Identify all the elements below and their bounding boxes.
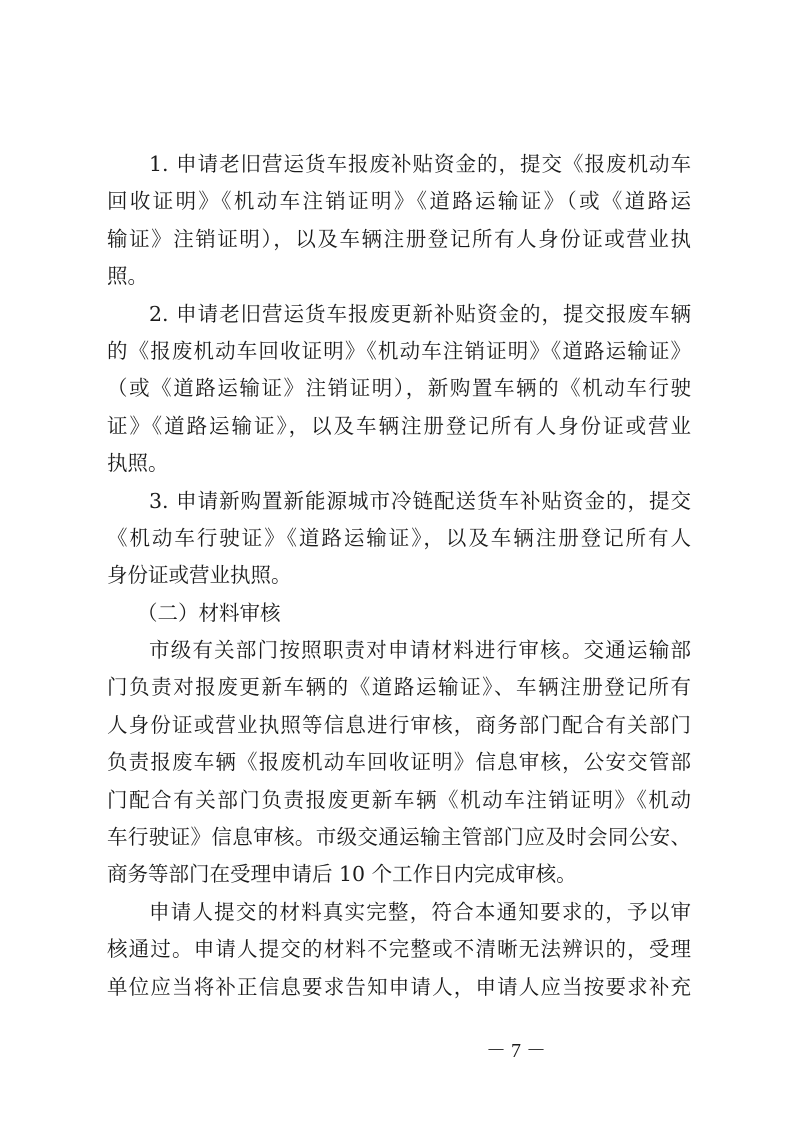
text-line: 商务等部门在受理申请后 10 个工作日内完成审核。 xyxy=(107,856,691,893)
text-line: 门负责对报废更新车辆的《道路运输证》、车辆注册登记所有 xyxy=(107,669,691,706)
text-line: 核通过。申请人提交的材料不完整或不清晰无法辨识的，受理 xyxy=(107,931,691,968)
document-page: 1. 申请老旧营运货车报废补贴资金的，提交《报废机动车 回收证明》《机动车注销证… xyxy=(0,0,794,1122)
text-line: 照。 xyxy=(107,258,691,295)
text-line: 1. 申请老旧营运货车报废补贴资金的，提交《报废机动车 xyxy=(107,146,691,183)
text-line: 的《报废机动车回收证明》《机动车注销证明》《道路运输证》 xyxy=(107,333,691,370)
paragraph-item-2: 2. 申请老旧营运货车报废更新补贴资金的，提交报废车辆 的《报废机动车回收证明》… xyxy=(107,296,691,483)
text-line: 身份证或营业执照。 xyxy=(107,557,691,594)
heading-text: （二）材料审核 xyxy=(107,595,691,632)
text-line: 证》《道路运输证》，以及车辆注册登记所有人身份证或营业 xyxy=(107,408,691,445)
text-line: 《机动车行驶证》《道路运输证》，以及车辆注册登记所有人 xyxy=(107,520,691,557)
section-heading: （二）材料审核 xyxy=(107,595,691,632)
page-number: － 7 － xyxy=(0,1034,794,1063)
text-line: 负责报废车辆《报废机动车回收证明》信息审核，公安交管部 xyxy=(107,744,691,781)
text-line: （或《道路运输证》注销证明），新购置车辆的《机动车行驶 xyxy=(107,370,691,407)
paragraph-review: 市级有关部门按照职责对申请材料进行审核。交通运输部 门负责对报废更新车辆的《道路… xyxy=(107,632,691,894)
text-line: 市级有关部门按照职责对申请材料进行审核。交通运输部 xyxy=(107,632,691,669)
paragraph-approval: 申请人提交的材料真实完整，符合本通知要求的，予以审 核通过。申请人提交的材料不完… xyxy=(107,894,691,1006)
text-line: 输证》注销证明），以及车辆注册登记所有人身份证或营业执 xyxy=(107,221,691,258)
document-body: 1. 申请老旧营运货车报废补贴资金的，提交《报废机动车 回收证明》《机动车注销证… xyxy=(107,146,691,1006)
paragraph-item-1: 1. 申请老旧营运货车报废补贴资金的，提交《报废机动车 回收证明》《机动车注销证… xyxy=(107,146,691,296)
text-line: 门配合有关部门负责报废更新车辆《机动车注销证明》《机动 xyxy=(107,782,691,819)
text-line: 单位应当将补正信息要求告知申请人，申请人应当按要求补充 xyxy=(107,969,691,1006)
text-line: 人身份证或营业执照等信息进行审核，商务部门配合有关部门 xyxy=(107,707,691,744)
text-line: 申请人提交的材料真实完整，符合本通知要求的，予以审 xyxy=(107,894,691,931)
text-line: 执照。 xyxy=(107,445,691,482)
paragraph-item-3: 3. 申请新购置新能源城市冷链配送货车补贴资金的，提交 《机动车行驶证》《道路运… xyxy=(107,483,691,595)
text-line: 3. 申请新购置新能源城市冷链配送货车补贴资金的，提交 xyxy=(107,483,691,520)
text-line: 2. 申请老旧营运货车报废更新补贴资金的，提交报废车辆 xyxy=(107,296,691,333)
text-line: 回收证明》《机动车注销证明》《道路运输证》（或《道路运 xyxy=(107,183,691,220)
text-line: 车行驶证》信息审核。市级交通运输主管部门应及时会同公安、 xyxy=(107,819,691,856)
